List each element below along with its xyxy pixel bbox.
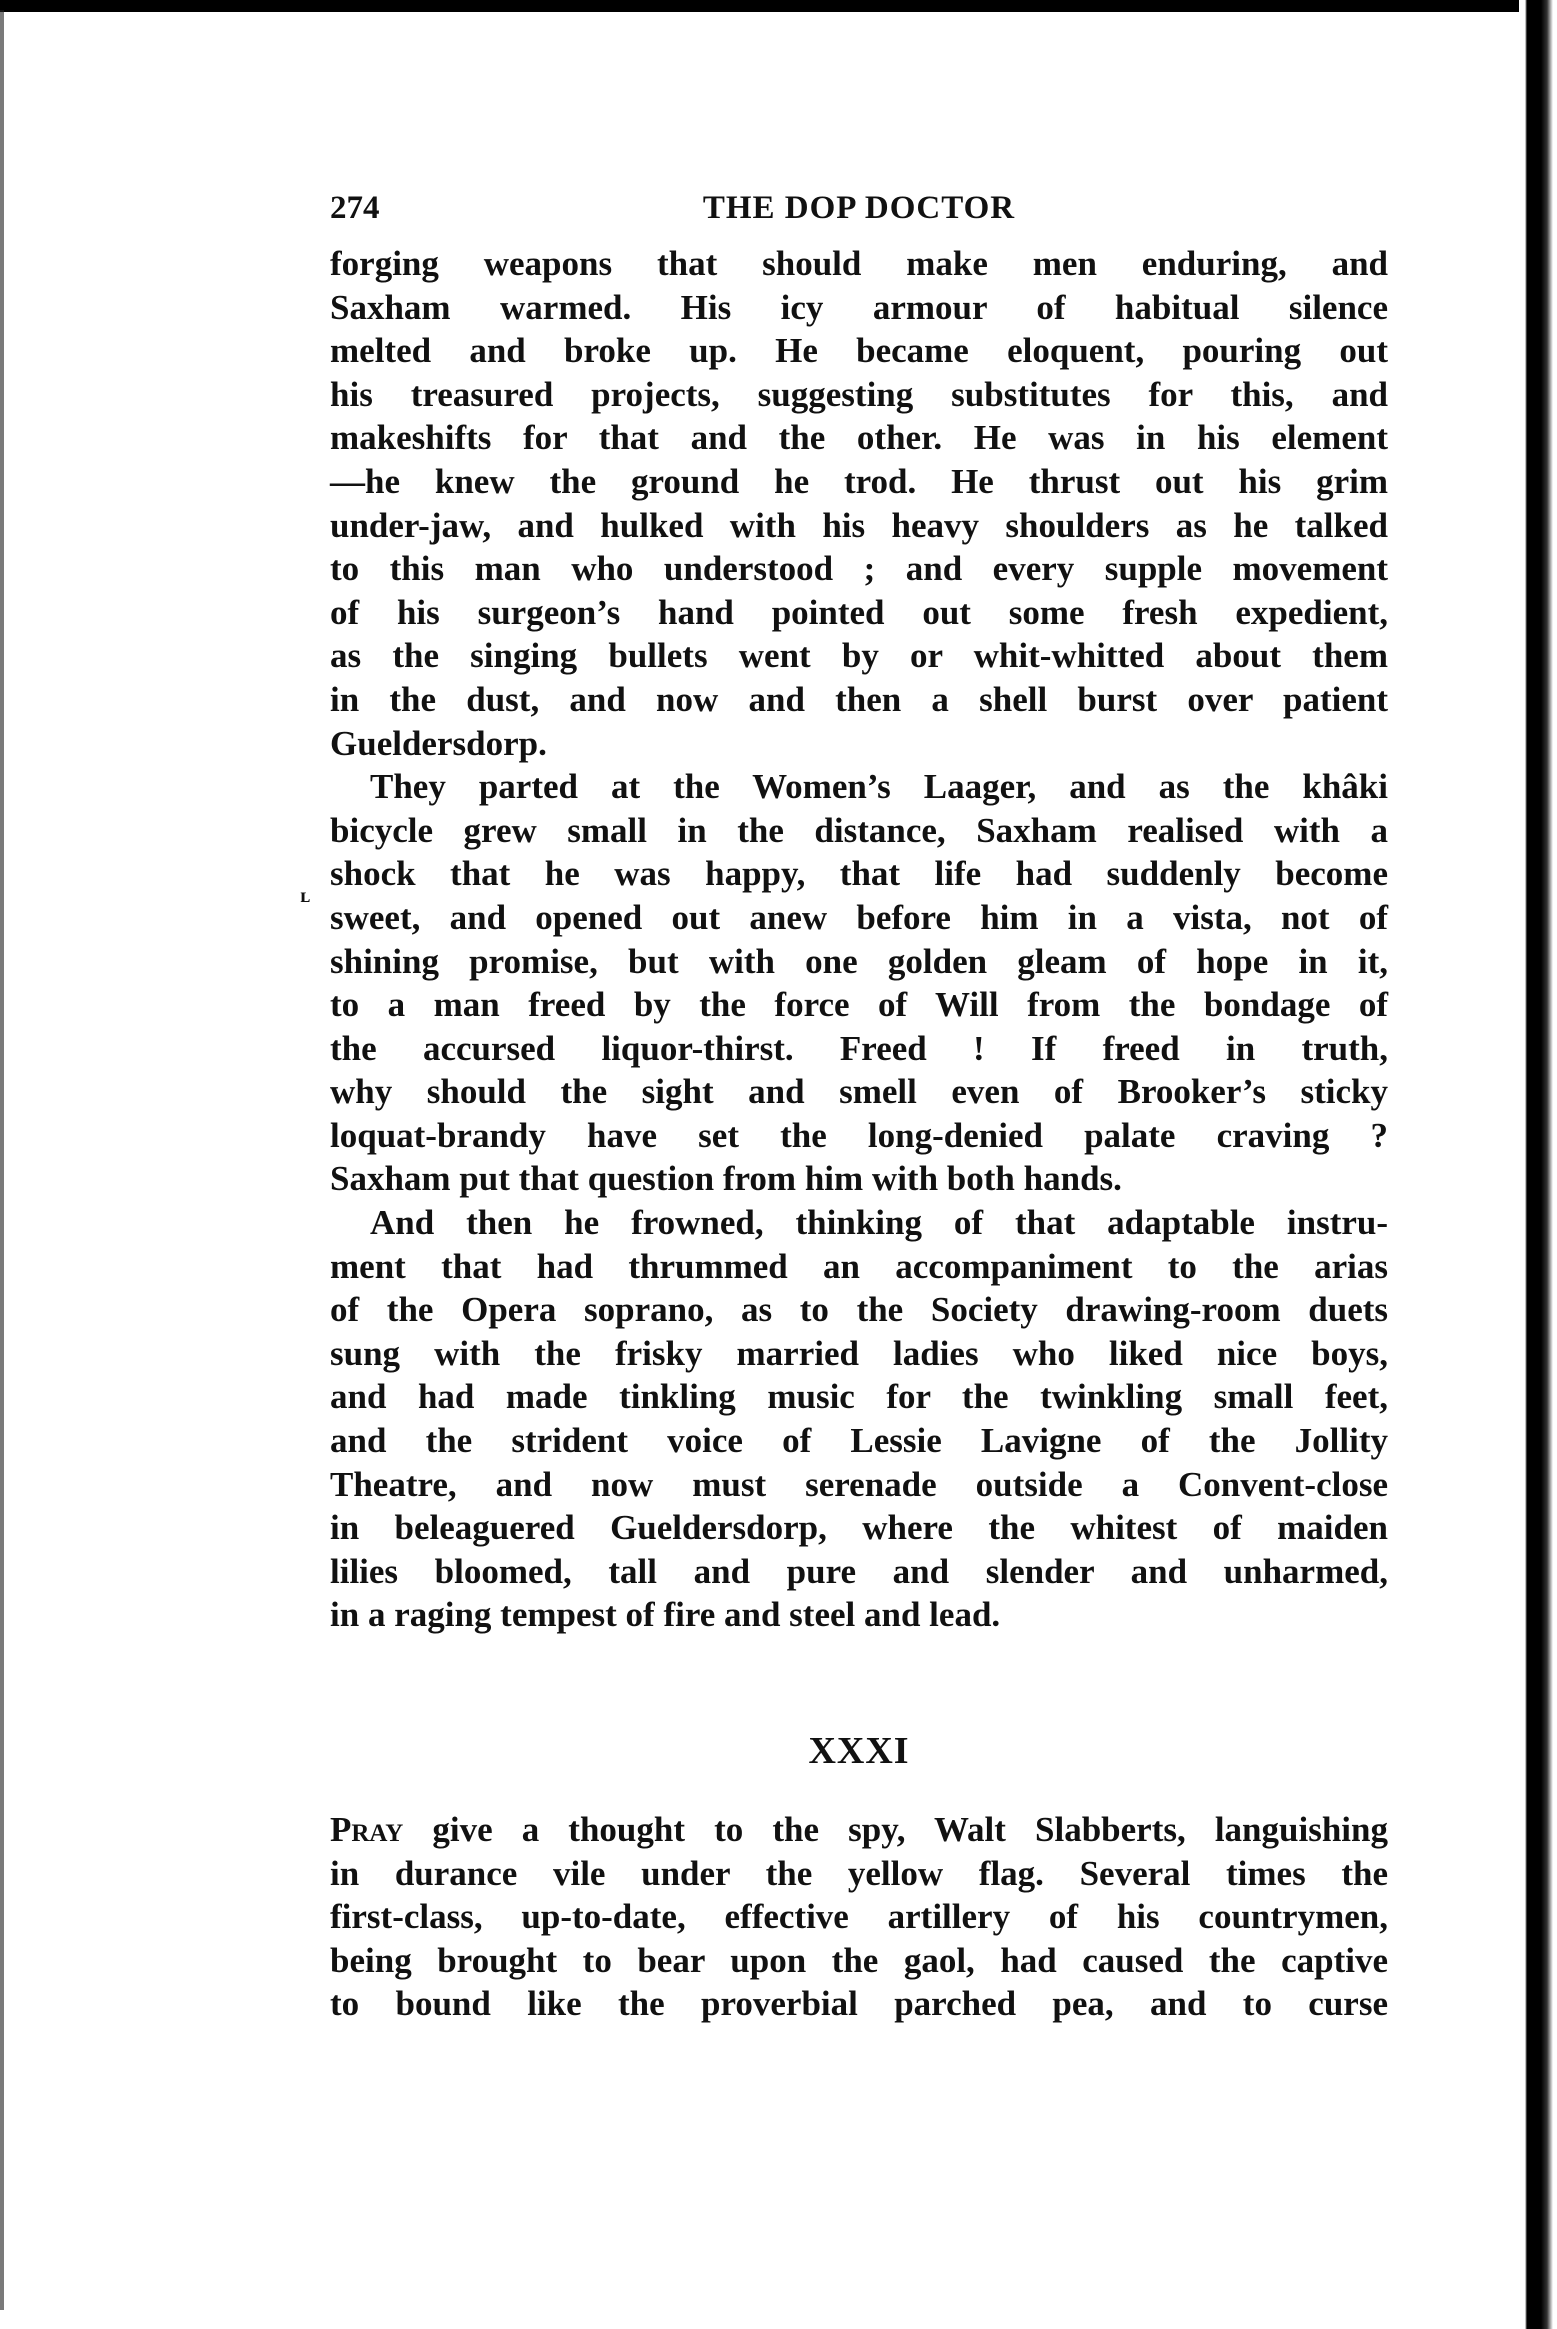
text-line: first-class, up-to-date, effective artil… [330, 1895, 1388, 1939]
opening-word: Pray [330, 1810, 403, 1849]
text-line: the accursed liquor-thirst. Freed ! If f… [330, 1027, 1388, 1071]
text-line: And then he frowned, thinking of that ad… [330, 1201, 1388, 1245]
margin-mark: ʟ [300, 885, 310, 908]
body-text: forging weapons that should make men end… [330, 242, 1388, 2026]
text-line: in the dust, and now and then a shell bu… [330, 678, 1388, 722]
text-line: They parted at the Women’s Laager, and a… [330, 765, 1388, 809]
text-line: Gueldersdorp. [330, 722, 1388, 766]
text-line: to bound like the proverbial parched pea… [330, 1982, 1388, 2026]
text-line: to a man freed by the force of Will from… [330, 983, 1388, 1027]
scan-border-right [1519, 0, 1557, 2329]
paragraph-2: They parted at the Women’s Laager, and a… [330, 765, 1388, 1201]
text-line: Pray give a thought to the spy, Walt Sla… [330, 1808, 1388, 1852]
text-line: Saxham put that question from him with b… [330, 1157, 1388, 1201]
text-line: melted and broke up. He became eloquent,… [330, 329, 1388, 373]
text-line: sung with the frisky married ladies who … [330, 1332, 1388, 1376]
text-line: loquat-brandy have set the long-denied p… [330, 1114, 1388, 1158]
text-line: shining promise, but with one golden gle… [330, 940, 1388, 984]
text-fragment: give a thought to the spy, Walt Slabbert… [403, 1810, 1388, 1849]
text-line: in a raging tempest of fire and steel an… [330, 1593, 1388, 1637]
text-line: in beleaguered Gueldersdorp, where the w… [330, 1506, 1388, 1550]
text-line: of his surgeon’s hand pointed out some f… [330, 591, 1388, 635]
text-line: being brought to bear upon the gaol, had… [330, 1939, 1388, 1983]
book-page: 274 THE DOP DOCTOR forging weapons that … [330, 190, 1388, 2026]
paragraph-3: And then he frowned, thinking of that ad… [330, 1201, 1388, 1637]
text-line: and the strident voice of Lessie Lavigne… [330, 1419, 1388, 1463]
text-line: his treasured projects, suggesting subst… [330, 373, 1388, 417]
text-line: as the singing bullets went by or whit-w… [330, 634, 1388, 678]
scan-border-left [0, 10, 4, 2310]
text-line: lilies bloomed, tall and pure and slende… [330, 1550, 1388, 1594]
running-head: 274 THE DOP DOCTOR [330, 190, 1388, 242]
text-line: of the Opera soprano, as to the Society … [330, 1288, 1388, 1332]
chapter-heading: XXXI [330, 1730, 1388, 1808]
scan-border-top [0, 0, 1557, 12]
text-line: to this man who understood ; and every s… [330, 547, 1388, 591]
text-line: forging weapons that should make men end… [330, 242, 1388, 286]
paragraph-1: forging weapons that should make men end… [330, 242, 1388, 765]
running-title: THE DOP DOCTOR [330, 190, 1388, 227]
text-line: why should the sight and smell even of B… [330, 1070, 1388, 1114]
text-line: makeshifts for that and the other. He wa… [330, 416, 1388, 460]
text-line: ment that had thrummed an accompaniment … [330, 1245, 1388, 1289]
chapter-opening-paragraph: Pray give a thought to the spy, Walt Sla… [330, 1808, 1388, 2026]
text-line: bicycle grew small in the distance, Saxh… [330, 809, 1388, 853]
text-line: and had made tinkling music for the twin… [330, 1375, 1388, 1419]
text-line: shock that he was happy, that life had s… [330, 852, 1388, 896]
text-line: sweet, and opened out anew before him in… [330, 896, 1388, 940]
text-line: under-jaw, and hulked with his heavy sho… [330, 504, 1388, 548]
text-line: Saxham warmed. His icy armour of habitua… [330, 286, 1388, 330]
text-line: Theatre, and now must serenade outside a… [330, 1463, 1388, 1507]
text-line: —he knew the ground he trod. He thrust o… [330, 460, 1388, 504]
text-line: in durance vile under the yellow flag. S… [330, 1852, 1388, 1896]
